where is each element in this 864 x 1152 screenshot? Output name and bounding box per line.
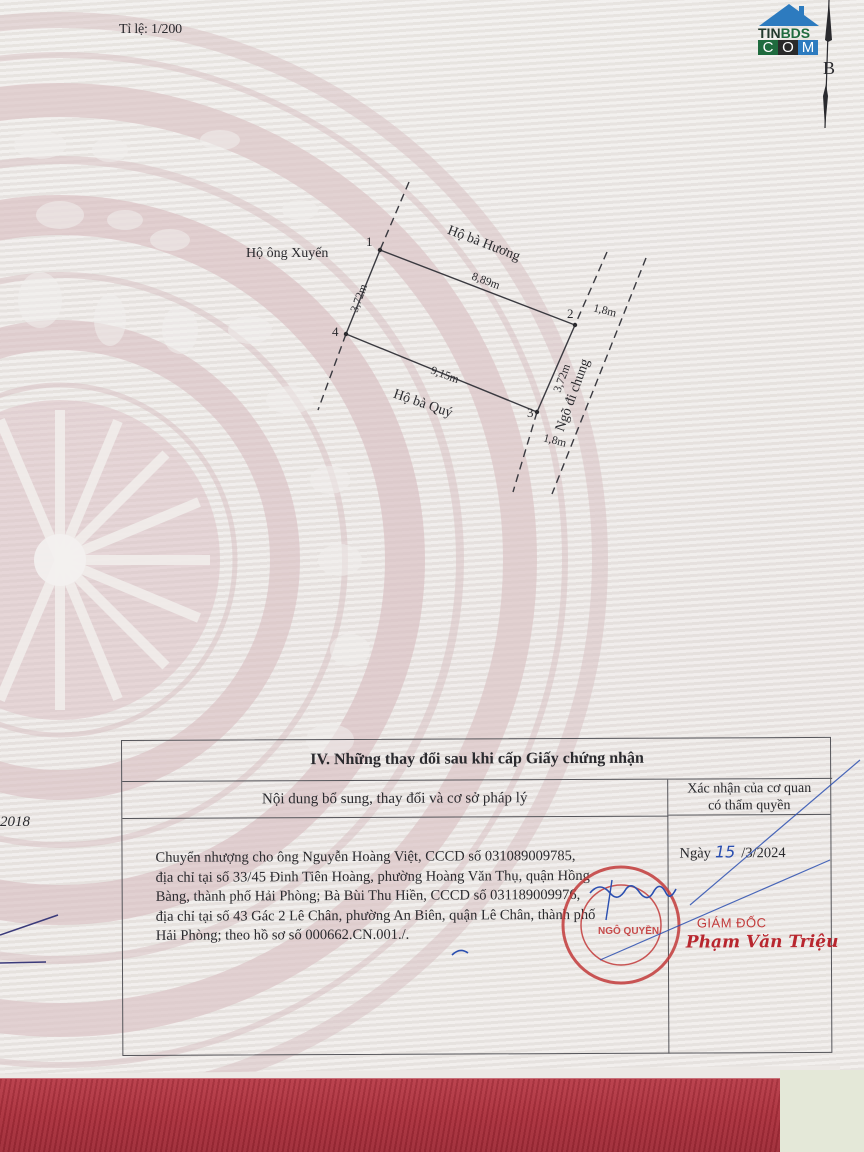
left-date-fragment: 2018 — [0, 814, 30, 831]
house-roof-icon — [759, 4, 819, 26]
table-title: IV. Những thay đổi sau khi cấp Giấy chứn… — [122, 738, 832, 782]
point-1-label: 1 — [366, 234, 373, 250]
column-divider — [667, 816, 669, 1054]
logo-text-top: TINBDS — [758, 26, 820, 40]
logo-chimney — [799, 6, 804, 16]
handwritten-day: 15 — [711, 842, 741, 861]
tinbds-watermark-logo: TINBDS C O M — [758, 4, 820, 64]
north-label: B — [823, 58, 835, 79]
scale-label: Tỉ lệ: 1/200 — [119, 22, 182, 38]
content-line: địa chỉ tại số 43 Gác 2 Lê Chân, phường … — [156, 905, 666, 927]
content-line: Chuyển nhượng cho ông Nguyễn Hoàng Việt,… — [155, 847, 665, 869]
content-line: Bàng, thành phố Hải Phòng; Bà Bùi Thu Hi… — [156, 886, 666, 908]
signer-name: Phạm Văn Triệu — [686, 932, 839, 953]
point-3-label: 3 — [527, 405, 534, 421]
column-header-content: Nội dung bổ sung, thay đổi và cơ sở pháp… — [122, 780, 668, 819]
column-header-confirmation: Xác nhận của cơ quan có thẩm quyền — [668, 779, 830, 816]
content-line: địa chỉ tại số 33/45 Đinh Tiên Hoàng, ph… — [156, 866, 666, 888]
red-leather-cover — [0, 1078, 780, 1152]
background-surface — [780, 1070, 864, 1152]
neighbor-left-label: Hộ ông Xuyến — [246, 246, 328, 262]
confirmation-date: Ngày15/3/2024 — [679, 842, 785, 862]
logo-text-bottom: C O M — [758, 40, 820, 55]
point-2-label: 2 — [567, 306, 574, 322]
changes-table: IV. Những thay đổi sau khi cấp Giấy chứn… — [121, 737, 832, 1056]
content-line: Hải Phòng; theo hồ sơ số 000662.CN.001./… — [156, 925, 666, 947]
change-content: Chuyển nhượng cho ông Nguyễn Hoàng Việt,… — [155, 847, 665, 947]
signer-title: GIÁM ĐỐC — [697, 915, 767, 930]
point-4-label: 4 — [332, 324, 339, 340]
